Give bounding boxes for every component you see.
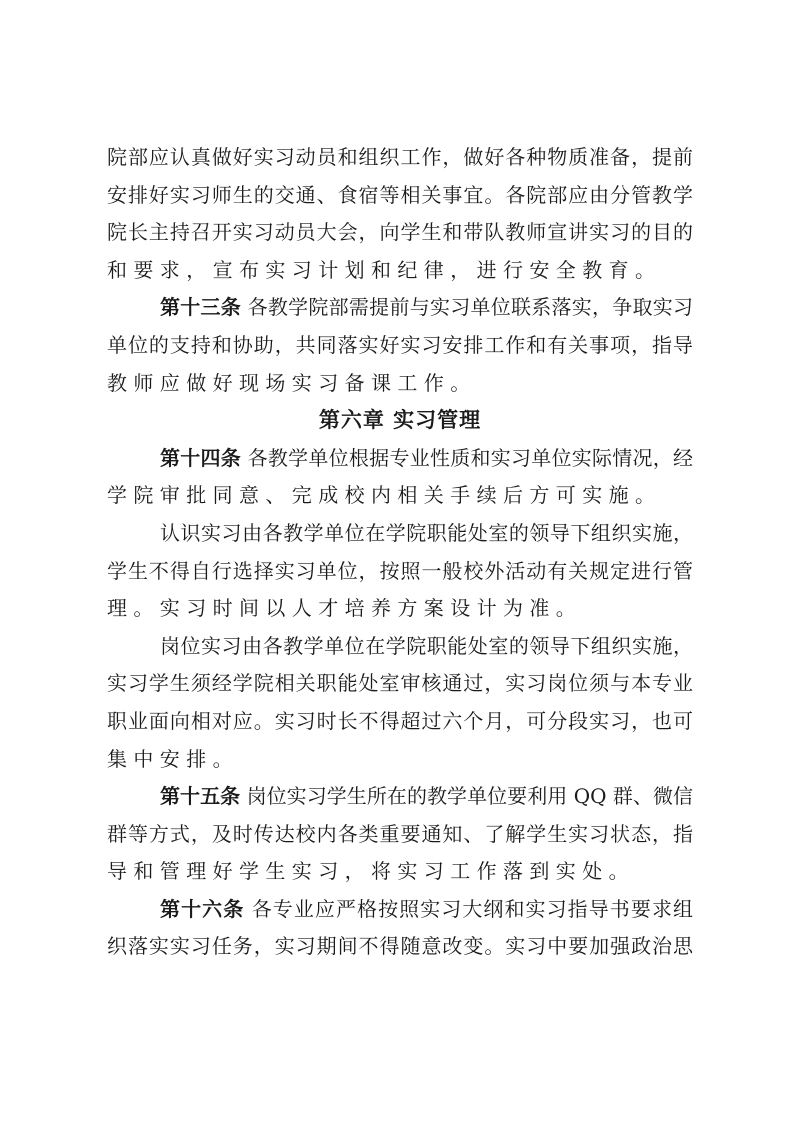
document-page: 院部应认真做好实习动员和组织工作，做好各种物质准备，提前安排好实习师生的交通、食… bbox=[107, 139, 693, 966]
line-text: 和要求，宣布实习计划和纪律，进行安全教育。 bbox=[107, 258, 661, 282]
line-text: 实习学生须经学院相关职能处室审核通过，实习岗位须与本专业 bbox=[107, 671, 693, 695]
article-line: 第十三条 各教学院部需提前与实习单位联系落实，争取实习 bbox=[107, 289, 693, 327]
body-line: 学生不得自行选择实习单位，按照一般校外活动有关规定进行管 bbox=[107, 553, 693, 591]
body-line: 教师应做好现场实习备课工作。 bbox=[107, 365, 693, 403]
article-line: 第十六条 各专业应严格按照实习大纲和实习指导书要求组 bbox=[107, 891, 693, 929]
line-text: 各教学院部需提前与实习单位联系落实，争取实习 bbox=[248, 295, 693, 319]
body-line: 岗位实习由各教学单位在学院职能处室的领导下组织实施， bbox=[107, 628, 693, 666]
body-line: 学院审批同意、完成校内相关手续后方可实施。 bbox=[107, 477, 693, 515]
line-text: 学生不得自行选择实习单位，按照一般校外活动有关规定进行管 bbox=[107, 559, 693, 583]
body-line: 实习学生须经学院相关职能处室审核通过，实习岗位须与本专业 bbox=[107, 665, 693, 703]
body-line: 安排好实习师生的交通、食宿等相关事宜。各院部应由分管教学 bbox=[107, 177, 693, 215]
body-line: 院长主持召开实习动员大会，向学生和带队教师宣讲实习的目的 bbox=[107, 214, 693, 252]
line-text: 职业面向相对应。实习时长不得超过六个月，可分段实习，也可 bbox=[107, 709, 693, 733]
body-line: 导和管理好学生实习，将实习工作落到实处。 bbox=[107, 853, 693, 891]
body-line: 认识实习由各教学单位在学院职能处室的领导下组织实施， bbox=[107, 515, 693, 553]
article-number: 第十三条 bbox=[160, 295, 241, 319]
body-line: 理。实习时间以人才培养方案设计为准。 bbox=[107, 590, 693, 628]
line-text: 岗位实习由各教学单位在学院职能处室的领导下组织实施， bbox=[160, 634, 693, 658]
body-line: 织落实实习任务，实习期间不得随意改变。实习中要加强政治思 bbox=[107, 928, 693, 966]
line-text: 学院审批同意、完成校内相关手续后方可实施。 bbox=[107, 483, 661, 507]
line-text: 安排好实习师生的交通、食宿等相关事宜。各院部应由分管教学 bbox=[107, 183, 693, 207]
line-text: 院部应认真做好实习动员和组织工作，做好各种物质准备，提前 bbox=[107, 145, 693, 169]
line-text: 岗位实习学生所在的教学单位要利用 QQ 群、微信 bbox=[247, 784, 693, 808]
line-text: 认识实习由各教学单位在学院职能处室的领导下组织实施， bbox=[160, 521, 693, 545]
line-text: 教师应做好现场实习备课工作。 bbox=[107, 371, 477, 395]
line-text: 各教学单位根据专业性质和实习单位实际情况，经 bbox=[248, 446, 693, 470]
line-text: 各专业应严格按照实习大纲和实习指导书要求组 bbox=[252, 897, 693, 921]
line-text: 集中安排。 bbox=[107, 747, 239, 771]
body-line: 单位的支持和协助，共同落实好实习安排工作和有关事项，指导 bbox=[107, 327, 693, 365]
line-text: 群等方式，及时传达校内各类重要通知、了解学生实习状态，指 bbox=[107, 822, 693, 846]
body-line: 院部应认真做好实习动员和组织工作，做好各种物质准备，提前 bbox=[107, 139, 693, 177]
body-line: 群等方式，及时传达校内各类重要通知、了解学生实习状态，指 bbox=[107, 816, 693, 854]
chapter-heading: 第六章 实习管理 bbox=[107, 402, 693, 440]
body-line: 集中安排。 bbox=[107, 741, 693, 779]
line-text: 单位的支持和协助，共同落实好实习安排工作和有关事项，指导 bbox=[107, 333, 693, 357]
article-number: 第十四条 bbox=[160, 446, 241, 470]
line-text: 理。实习时间以人才培养方案设计为准。 bbox=[107, 596, 582, 620]
body-line: 职业面向相对应。实习时长不得超过六个月，可分段实习，也可 bbox=[107, 703, 693, 741]
line-text: 院长主持召开实习动员大会，向学生和带队教师宣讲实习的目的 bbox=[107, 220, 693, 244]
article-line: 第十四条 各教学单位根据专业性质和实习单位实际情况，经 bbox=[107, 440, 693, 478]
article-number: 第十六条 bbox=[160, 897, 244, 921]
line-text: 织落实实习任务，实习期间不得随意改变。实习中要加强政治思 bbox=[107, 934, 693, 958]
article-number: 第十五条 bbox=[160, 784, 240, 808]
line-text: 导和管理好学生实习，将实习工作落到实处。 bbox=[107, 859, 635, 883]
body-line: 和要求，宣布实习计划和纪律，进行安全教育。 bbox=[107, 252, 693, 290]
article-line: 第十五条 岗位实习学生所在的教学单位要利用 QQ 群、微信 bbox=[107, 778, 693, 816]
